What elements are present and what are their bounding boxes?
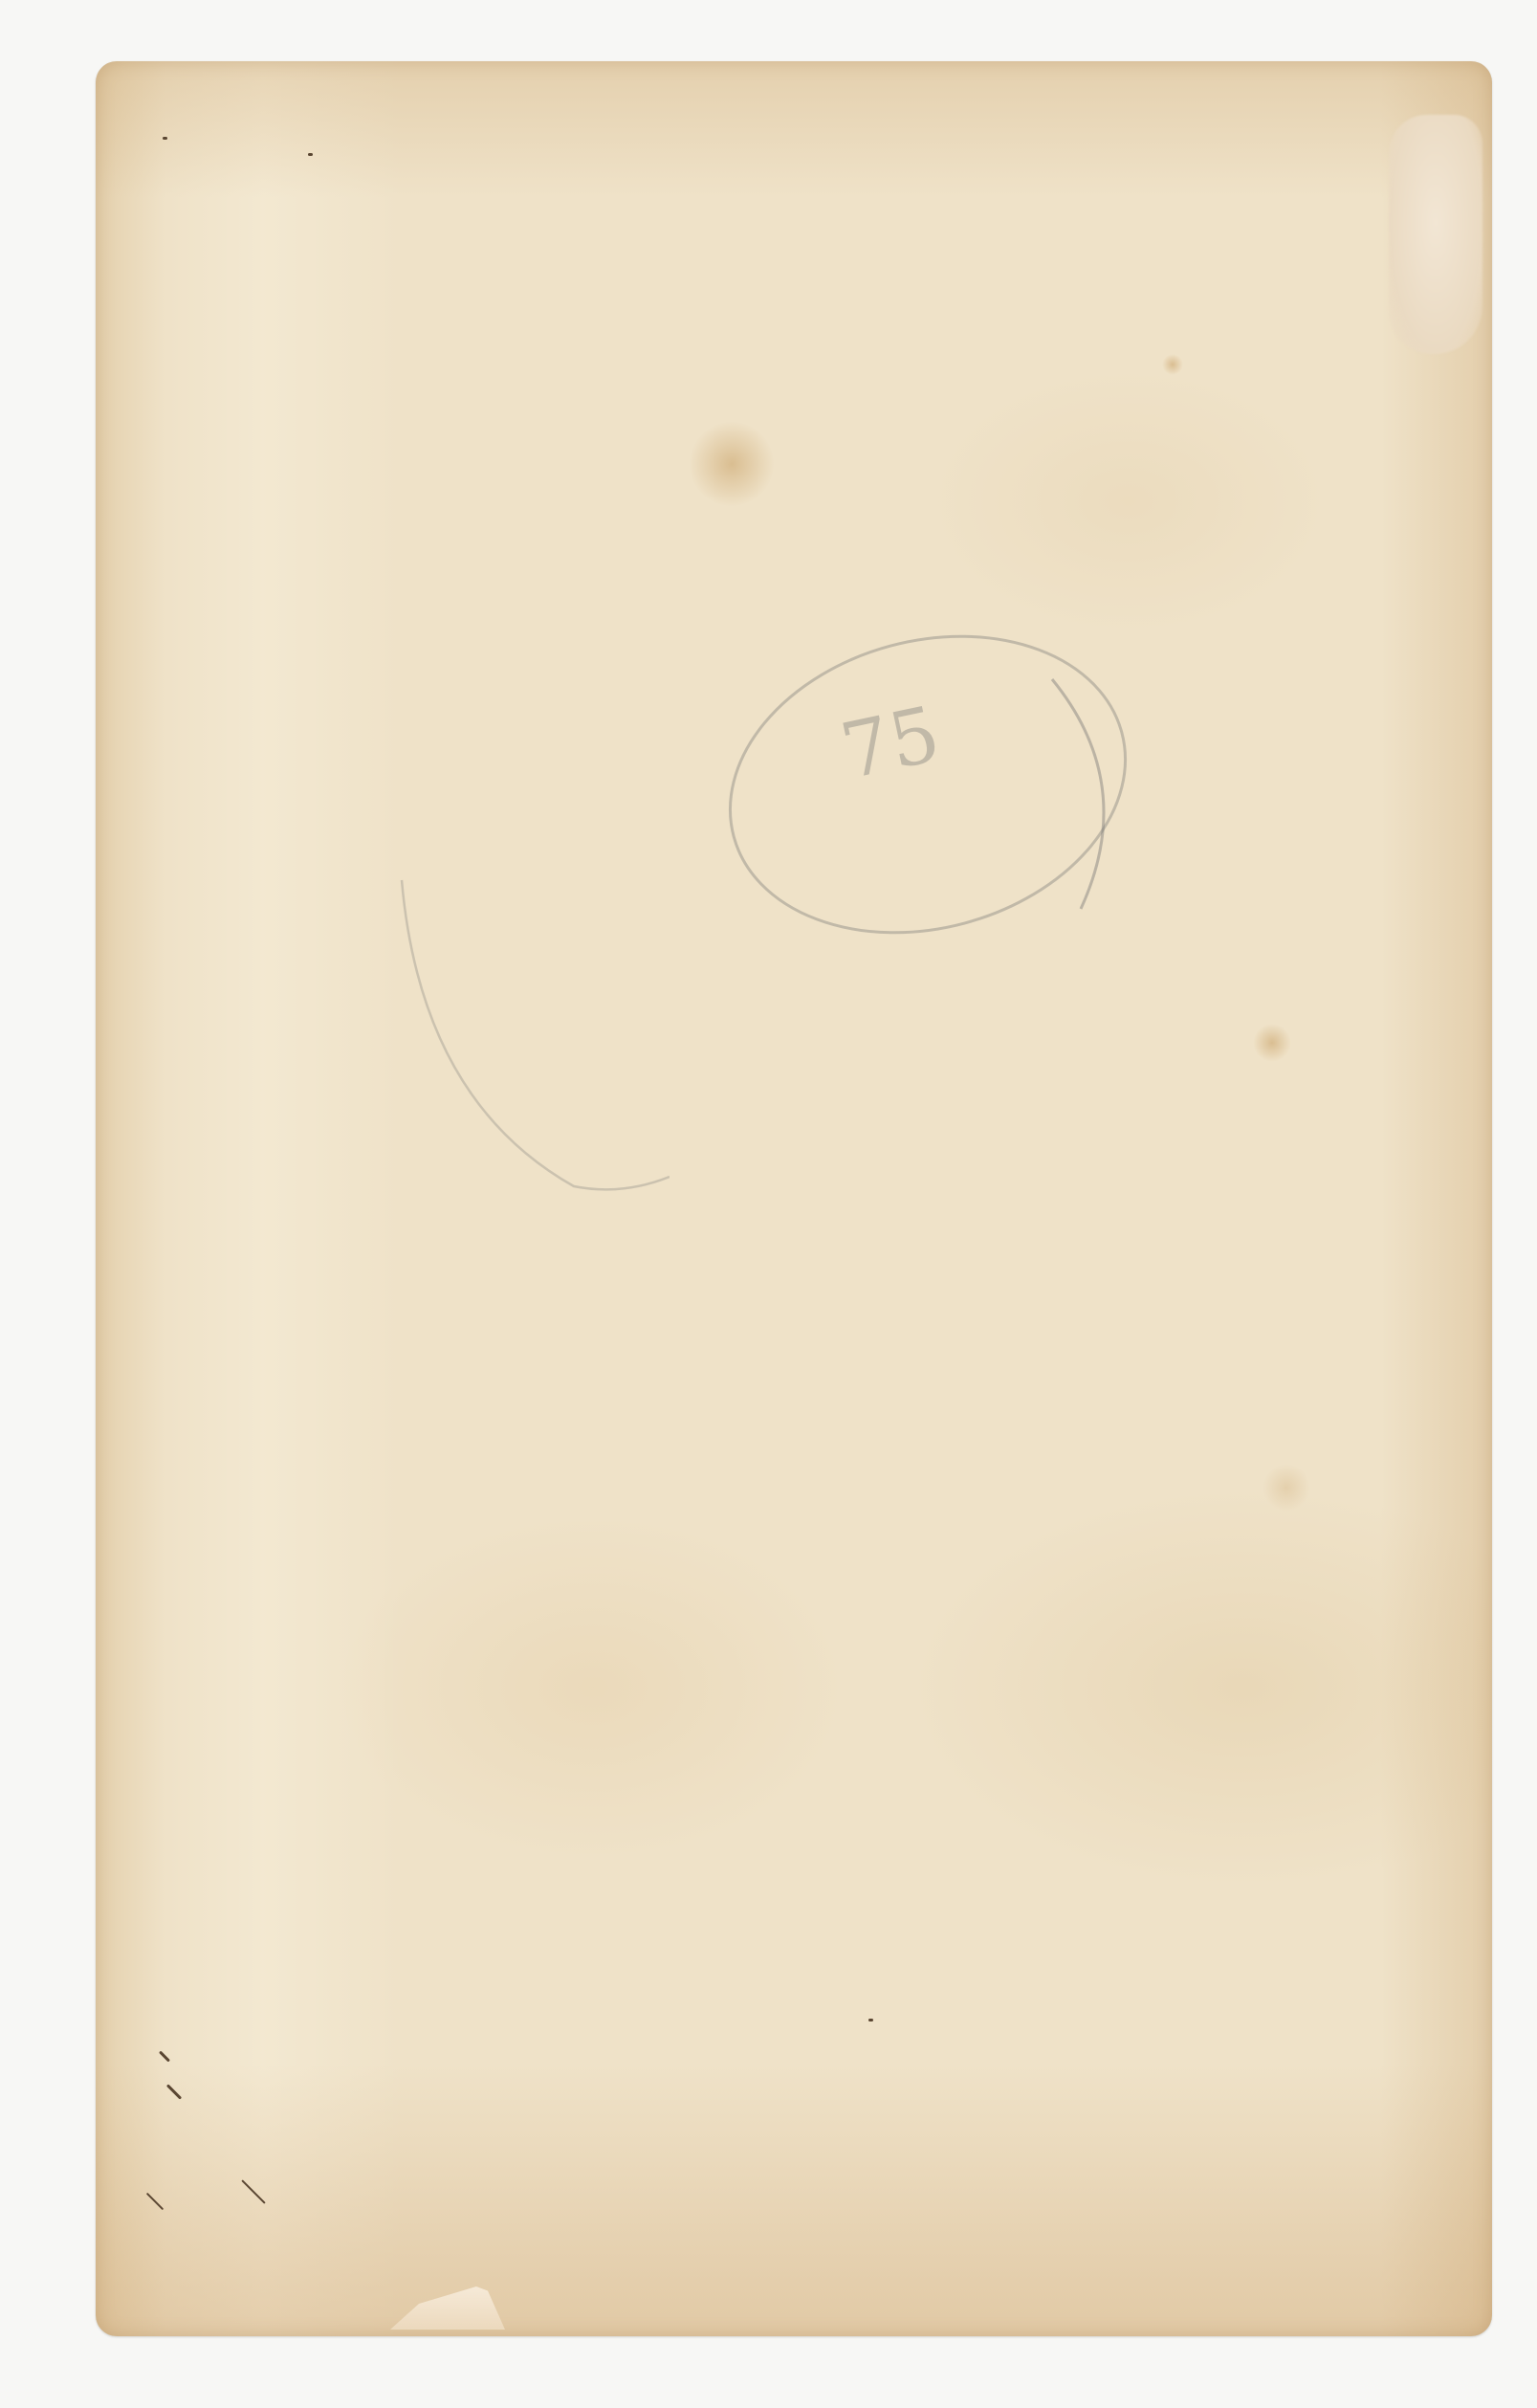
speck xyxy=(163,137,167,140)
foxing-stain xyxy=(1253,1024,1291,1062)
foxing-stain xyxy=(1263,1464,1310,1512)
card-back xyxy=(96,61,1492,2336)
speck xyxy=(308,153,313,156)
pencil-circle-mark xyxy=(689,593,1224,1014)
foxing-stain xyxy=(689,421,775,507)
pencil-arc xyxy=(383,861,670,1205)
foxing-stain xyxy=(1162,354,1183,375)
speck xyxy=(868,2019,873,2021)
paper-loss-top-right xyxy=(1389,115,1482,354)
